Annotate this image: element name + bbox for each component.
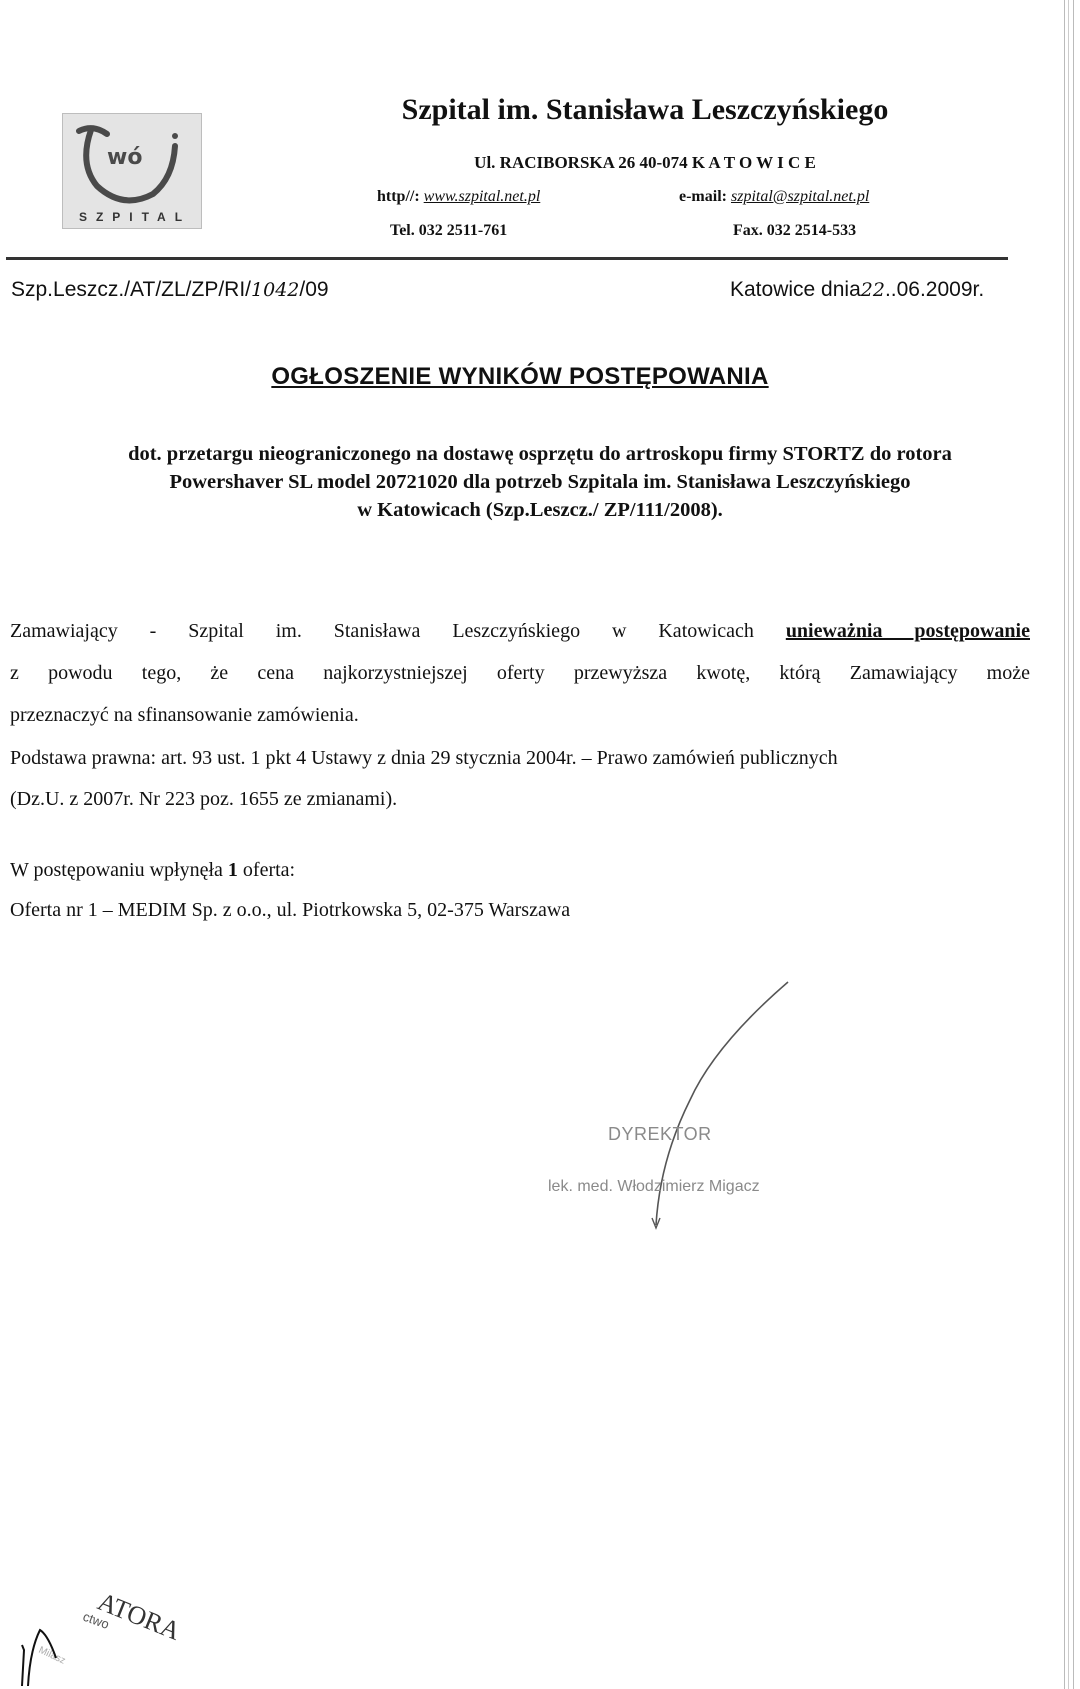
offers-text: oferta: <box>238 859 295 881</box>
website-link[interactable]: www.szpital.net.pl <box>424 188 541 205</box>
hospital-address: Ul. RACIBORSKA 26 40-074 K A T O W I C E <box>365 153 925 173</box>
scan-edge-lines <box>1064 0 1074 1689</box>
handwritten-reference-number: 1042 <box>251 279 299 301</box>
subject-block: dot. przetargu nieograniczonego na dosta… <box>60 440 1020 524</box>
website-line: http//: www.szpital.net.pl <box>377 188 540 206</box>
email-line: e-mail: szpital@szpital.net.pl <box>679 188 869 206</box>
offers-paragraph: W postępowaniu wpłynęła 1 oferta: Oferta… <box>10 850 1030 930</box>
paragraph-line: z powodu tego, że cena najkorzystniejsze… <box>10 652 1030 694</box>
subject-line: dot. przetargu nieograniczonego na dosta… <box>60 440 1020 468</box>
email-label: e-mail: <box>679 188 731 205</box>
paragraph-line: Zamawiający - Szpital im. Stanisława Les… <box>10 610 1030 652</box>
signature-scribble-icon <box>540 960 840 1240</box>
handwritten-day: 22 <box>861 279 885 301</box>
decision-paragraph: Zamawiający - Szpital im. Stanisława Les… <box>10 610 1030 736</box>
legal-basis-paragraph: Podstawa prawna: art. 93 ust. 1 pkt 4 Us… <box>10 738 1030 820</box>
header-divider <box>6 257 1008 260</box>
subject-line: Powershaver SL model 20721020 dla potrze… <box>60 468 1020 496</box>
offer-item: Oferta nr 1 – MEDIM Sp. z o.o., ul. Piot… <box>10 890 1030 930</box>
svg-text:wó: wó <box>107 145 142 170</box>
website-label: http//: <box>377 188 424 205</box>
offers-text: W postępowaniu wpłynęła <box>10 859 228 881</box>
reference-suffix: /09 <box>299 278 328 301</box>
email-link[interactable]: szpital@szpital.net.pl <box>731 188 869 205</box>
logo-word: SZPITAL <box>63 210 201 224</box>
date-suffix: ..06.2009r. <box>885 278 984 301</box>
reference-number: Szp.Leszcz./AT/ZL/ZP/RI/1042/09 <box>11 278 329 302</box>
decision-emphasis: unieważnia postępowanie <box>786 620 1030 642</box>
signature-name: lek. med. Włodzimierz Migacz <box>548 1178 760 1196</box>
paragraph-line: przeznaczyć na sfinansowanie zamówienia. <box>10 694 1030 736</box>
offers-count-line: W postępowaniu wpłynęła 1 oferta: <box>10 850 1030 890</box>
hospital-logo: wó SZPITAL <box>62 113 202 229</box>
document-date: Katowice dnia22..06.2009r. <box>730 278 984 302</box>
paragraph-line: Podstawa prawna: art. 93 ust. 1 pkt 4 Us… <box>10 738 1030 779</box>
official-stamp-icon: ATORA ctwo Milasz <box>0 1500 260 1689</box>
offers-count: 1 <box>228 859 238 881</box>
paragraph-line: (Dz.U. z 2007r. Nr 223 poz. 1655 ze zmia… <box>10 779 1030 820</box>
date-prefix: Katowice dnia <box>730 278 861 301</box>
subject-line: w Katowicach (Szp.Leszcz./ ZP/111/2008). <box>60 496 1020 524</box>
decision-text: Zamawiający - Szpital im. Stanisława Les… <box>10 620 786 642</box>
document-title: OGŁOSZENIE WYNIKÓW POSTĘPOWANIA <box>200 363 840 391</box>
fax: Fax. 032 2514-533 <box>733 222 856 240</box>
signature-role: DYREKTOR <box>608 1124 712 1145</box>
reference-prefix: Szp.Leszcz./AT/ZL/ZP/RI/ <box>11 278 251 301</box>
hospital-name: Szpital im. Stanisława Leszczyńskiego <box>365 93 925 127</box>
telephone: Tel. 032 2511-761 <box>390 222 507 240</box>
